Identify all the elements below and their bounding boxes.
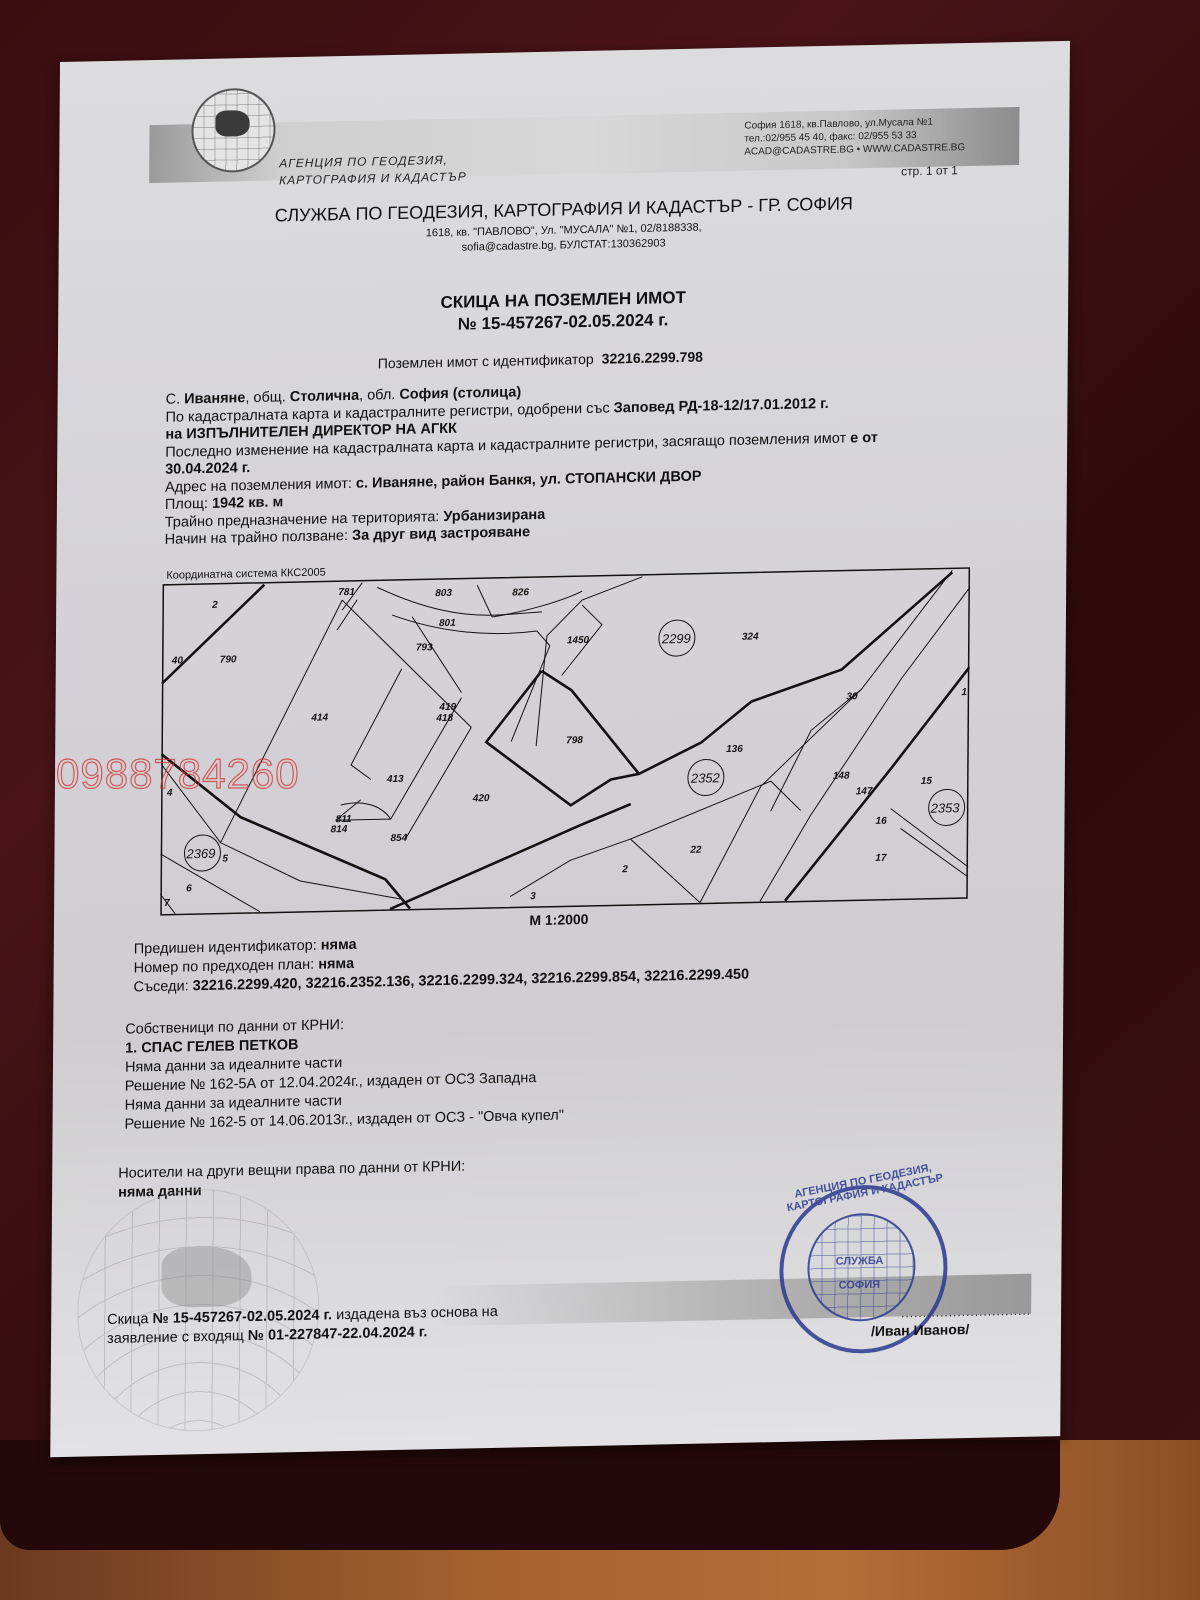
svg-text:324: 324 [742, 631, 759, 642]
svg-text:418: 418 [435, 713, 453, 724]
svg-text:16: 16 [876, 816, 888, 827]
owners-section: Собственици по данни от КРНИ: 1. СПАС ГЕ… [125, 1011, 565, 1134]
cadastral-map: 2781803 82680140 7907931450 324414419 41… [160, 567, 970, 916]
svg-text:40: 40 [171, 655, 184, 666]
agency-contact: София 1618, кв.Павлово, ул.Мусала №1 тел… [744, 115, 965, 159]
signer-name: /Иван Иванов/ [871, 1321, 969, 1339]
svg-text:2: 2 [621, 864, 628, 875]
svg-text:22: 22 [689, 845, 702, 856]
svg-text:803: 803 [435, 588, 452, 599]
svg-text:854: 854 [390, 833, 407, 844]
svg-text:790: 790 [220, 654, 237, 665]
background-sofa [0, 1440, 1060, 1550]
phone-watermark: 0988784260 [56, 750, 300, 798]
parcel-history: Предишен идентификатор: няма Номер по пр… [133, 928, 749, 998]
document-title: СКИЦА НА ПОЗЕМЛЕН ИМОТ № 15-457267-02.05… [58, 279, 1068, 344]
svg-text:2: 2 [211, 600, 218, 611]
watermark-bulgaria-map-icon [161, 1246, 251, 1308]
svg-text:148: 148 [833, 770, 850, 781]
page-number: стр. 1 от 1 [901, 163, 958, 178]
svg-text:5: 5 [222, 853, 228, 864]
svg-text:7: 7 [164, 898, 170, 909]
property-details: С. Иваняне, общ. Столична, обл. София (с… [165, 374, 1006, 549]
signature-line: .............................. [901, 1304, 1031, 1321]
svg-text:793: 793 [416, 642, 433, 653]
svg-text:17: 17 [875, 853, 887, 864]
svg-text:30: 30 [846, 691, 858, 702]
svg-text:420: 420 [472, 793, 490, 804]
svg-text:2299: 2299 [661, 631, 691, 647]
svg-text:2353: 2353 [930, 800, 961, 816]
svg-text:1: 1 [961, 687, 967, 698]
coordinate-system-label: Координатна система ККС2005 [166, 566, 325, 581]
svg-text:414: 414 [310, 712, 328, 723]
issuance-note: Скица № 15-457267-02.05.2024 г. издадена… [107, 1303, 498, 1349]
svg-text:801: 801 [439, 618, 456, 629]
svg-text:826: 826 [512, 587, 529, 598]
svg-text:136: 136 [726, 744, 743, 755]
svg-text:814: 814 [331, 824, 348, 835]
svg-text:2369: 2369 [185, 846, 215, 862]
svg-text:15: 15 [921, 776, 933, 787]
agency-name: АГЕНЦИЯ ПО ГЕОДЕЗИЯ, КАРТОГРАФИЯ И КАДАС… [279, 151, 467, 189]
svg-text:147: 147 [856, 786, 873, 797]
svg-text:3: 3 [530, 891, 536, 902]
svg-text:2352: 2352 [690, 770, 721, 786]
svg-text:6: 6 [186, 883, 192, 894]
property-identifier: Поземлен имот с идентификатор32216.2299.… [378, 349, 703, 372]
svg-text:781: 781 [338, 587, 355, 598]
svg-text:798: 798 [566, 735, 583, 746]
svg-text:1450: 1450 [567, 635, 590, 646]
svg-text:413: 413 [386, 774, 404, 785]
svg-text:419: 419 [438, 702, 456, 713]
